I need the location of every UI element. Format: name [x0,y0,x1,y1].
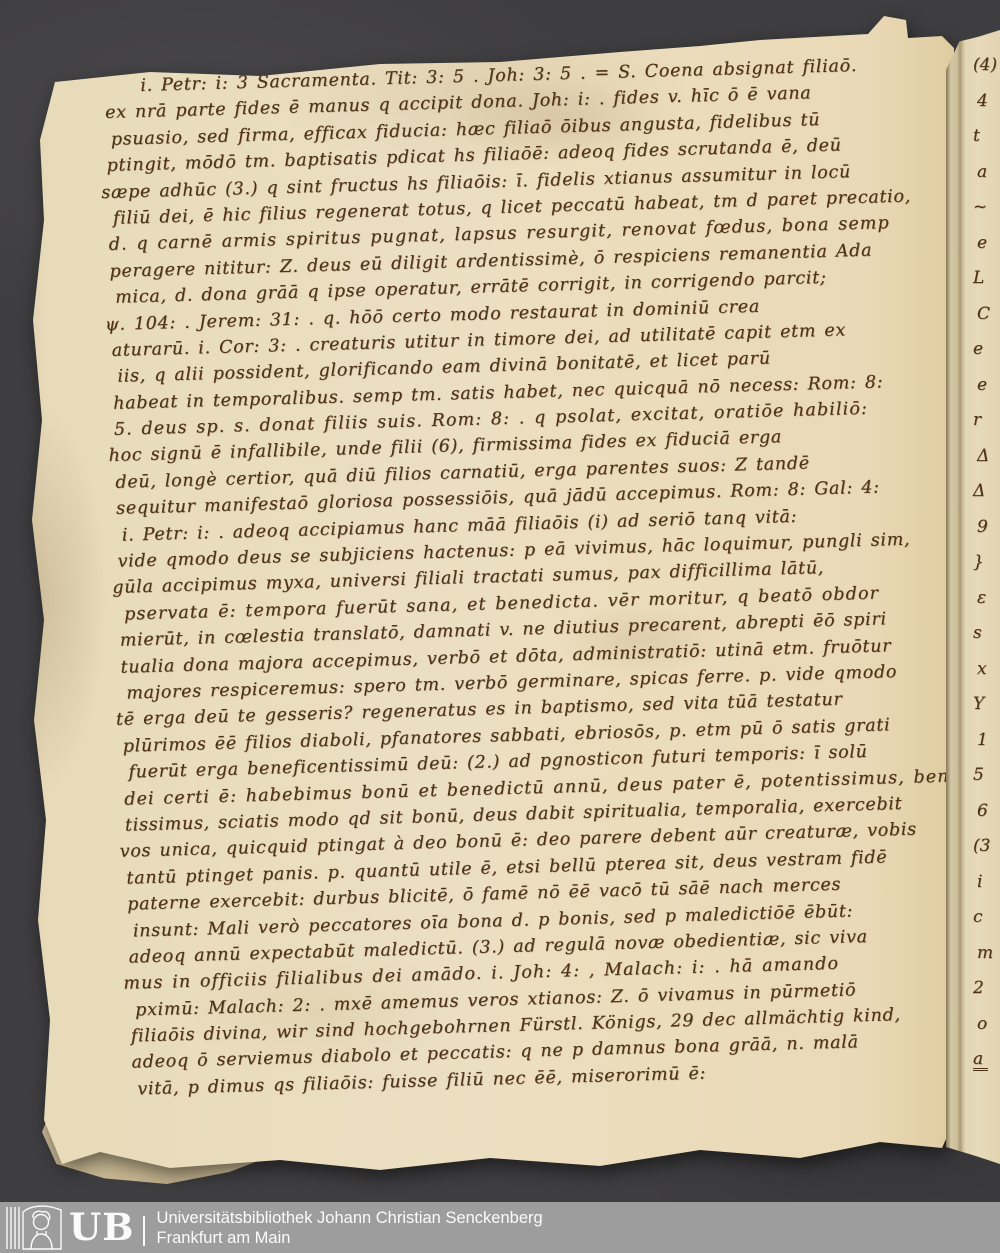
margin-fragment: (3 [973,837,1000,855]
manuscript-page-wrap: 206. i. Petr: i: 3 Sacramenta. Tit: 3: 5… [0,0,970,1200]
margin-fragment: c [973,908,1000,926]
margin-fragment: Δ [977,447,1000,465]
ink-dot [34,112,39,116]
ub-logo-icon [5,1204,67,1251]
margin-fragment: e [977,234,1000,252]
logo-portrait [31,1211,52,1249]
ub-logo-text: UB [69,1202,135,1253]
margin-fragment: ~ [973,198,1000,216]
margin-fragment: m [977,944,1000,962]
margin-fragment: 2 [973,979,1000,997]
handwritten-text-block: i. Petr: i: 3 Sacramenta. Tit: 3: 5 . Jo… [104,50,992,1103]
margin-fragment: a [973,1050,988,1071]
margin-fragment: s [973,624,1000,642]
margin-fragment: 5 [973,766,1000,784]
adjacent-page: (4) 4 t a ~ e L C e e r Δ Δ 9 } ε s x Y … [946,30,1000,1164]
margin-fragment: 4 [977,92,1000,110]
margin-fragment: t [973,127,1000,145]
margin-fragment: 1 [977,731,1000,749]
margin-fragment: C [977,305,1000,323]
margin-fragment: L [973,269,1000,287]
margin-fragment: (4) [973,56,1000,74]
scan-stage: 206. i. Petr: i: 3 Sacramenta. Tit: 3: 5… [0,0,1000,1253]
margin-fragment: 9 [977,518,1000,536]
margin-fragment: i [977,873,1000,891]
margin-fragment: Δ [973,482,1000,500]
banner-line1: Universitätsbibliothek Johann Christian … [157,1209,543,1229]
margin-fragment: x [977,660,1000,678]
margin-fragment: r [973,411,1000,429]
margin-fragment: a [977,163,1000,181]
library-banner: UB Universitätsbibliothek Johann Christi… [0,1202,1000,1253]
margin-fragment: ε [977,589,1000,607]
banner-separator [143,1216,145,1246]
margin-fragment: } [973,553,1000,571]
adjacent-page-margin-text: (4) 4 t a ~ e L C e e r Δ Δ 9 } ε s x Y … [946,30,1000,1071]
margin-fragment: e [977,376,1000,394]
banner-line2: Frankfurt am Main [157,1229,543,1249]
margin-fragment: Y [973,695,1000,713]
margin-fragment: o [977,1015,1000,1033]
banner-library-name: Universitätsbibliothek Johann Christian … [157,1207,543,1248]
margin-fragment: 6 [977,802,1000,820]
manuscript-page: 206. i. Petr: i: 3 Sacramenta. Tit: 3: 5… [0,0,962,1192]
margin-fragment: e [973,340,1000,358]
